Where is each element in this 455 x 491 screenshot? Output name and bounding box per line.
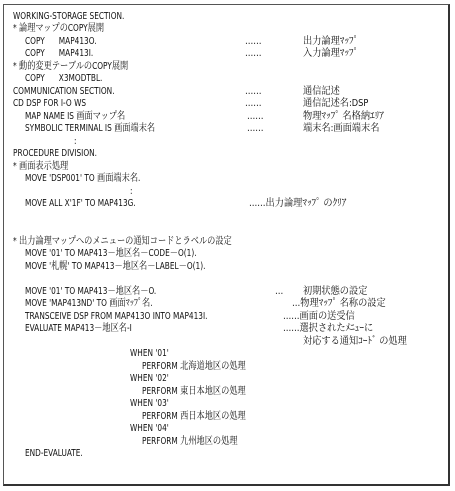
code-line: END-EVALUATE.	[25, 448, 83, 460]
code-annotation: ……	[245, 98, 262, 110]
code-line: WHEN '04'	[130, 423, 169, 435]
code-line: MOVE '01' TO MAP413－地区名－CODE－O(1).	[25, 248, 197, 260]
code-line: PERFORM 西日本地区の処理	[142, 411, 246, 423]
code-annotation: 物理ﾏｯﾌﾟ 名格納ｴﾘｱ	[303, 111, 384, 123]
code-annotation: 対応する通知ｺｰﾄﾞ の処理	[303, 336, 407, 348]
code-line: COPY MAP413I.	[25, 48, 93, 60]
code-annotation: 端末名:画面端末名	[303, 123, 379, 135]
code-line: COPY X3MODTBL.	[25, 73, 102, 85]
code-line: PERFORM 北海道地区の処理	[142, 361, 246, 373]
code-annotation: 入力論理ﾏｯﾌﾟ	[303, 48, 358, 60]
code-line: COMMUNICATION SECTION.	[13, 86, 115, 98]
code-annotation: ……	[245, 86, 262, 98]
code-line: EVALUATE MAP413－地区名-I	[25, 323, 132, 335]
code-annotation: …	[275, 286, 283, 298]
code-line: WHEN '01'	[130, 348, 169, 360]
code-annotation: 通信記述	[303, 86, 340, 98]
code-annotation: ……	[245, 36, 262, 48]
code-line: MOVE '01' TO MAP413－地区名－O.	[25, 286, 156, 298]
code-line: :	[130, 186, 132, 198]
code-line: PROCEDURE DIVISION.	[13, 148, 97, 160]
code-line: COPY MAP413O.	[25, 36, 97, 48]
code-line: WORKING-STORAGE SECTION.	[13, 11, 124, 23]
code-line: * 動的変更テーブルのCOPY展開	[13, 61, 128, 73]
code-line: TRANSCEIVE DSP FROM MAP413O INTO MAP413I…	[25, 311, 208, 323]
code-line: :	[74, 136, 76, 148]
code-annotation: 出力論理ﾏｯﾌﾟ	[303, 36, 358, 48]
code-annotation: ……出力論理ﾏｯﾌﾟ のｸﾘｱ	[249, 198, 346, 210]
code-line: * 論理マップのCOPY展開	[13, 23, 104, 35]
code-line: MAP NAME IS 画面マップ名	[25, 111, 125, 123]
code-annotation: ……	[247, 111, 264, 123]
code-annotation: 初期状態の設定	[303, 286, 367, 298]
code-annotation: …物理ﾏｯﾌﾟ 名称の設定	[292, 298, 386, 310]
code-annotation: ……画面の送受信	[283, 311, 355, 323]
code-line: * 出力論理マップへのメニューの通知コードとラベルの設定	[13, 236, 232, 248]
code-line: WHEN '03'	[130, 398, 169, 410]
code-line: MOVE ALL X'1F' TO MAP413G.	[25, 198, 136, 210]
code-line: SYMBOLIC TERMINAL IS 画面端末名	[25, 123, 155, 135]
code-line: MOVE '札幌' TO MAP413－地区名－LABEL－O(1).	[25, 261, 205, 273]
code-annotation: ……選択されたﾒﾆｭｰに	[283, 323, 373, 335]
code-annotation: ……	[247, 123, 264, 135]
code-line: * 画面表示処理	[13, 161, 68, 173]
code-line: WHEN '02'	[130, 373, 169, 385]
code-line: PERFORM 東日本地区の処理	[142, 386, 246, 398]
code-line: PERFORM 九州地区の処理	[142, 436, 238, 448]
code-annotation: ……	[245, 48, 262, 60]
code-annotation: 通信記述名:DSP	[303, 98, 368, 110]
code-line: MOVE 'DSP001' TO 画面端末名.	[25, 173, 140, 185]
code-line: MOVE 'MAP413ND' TO 画面ﾏｯﾌﾟ名.	[25, 298, 153, 310]
code-line: CD DSP FOR I-O WS	[13, 98, 86, 110]
